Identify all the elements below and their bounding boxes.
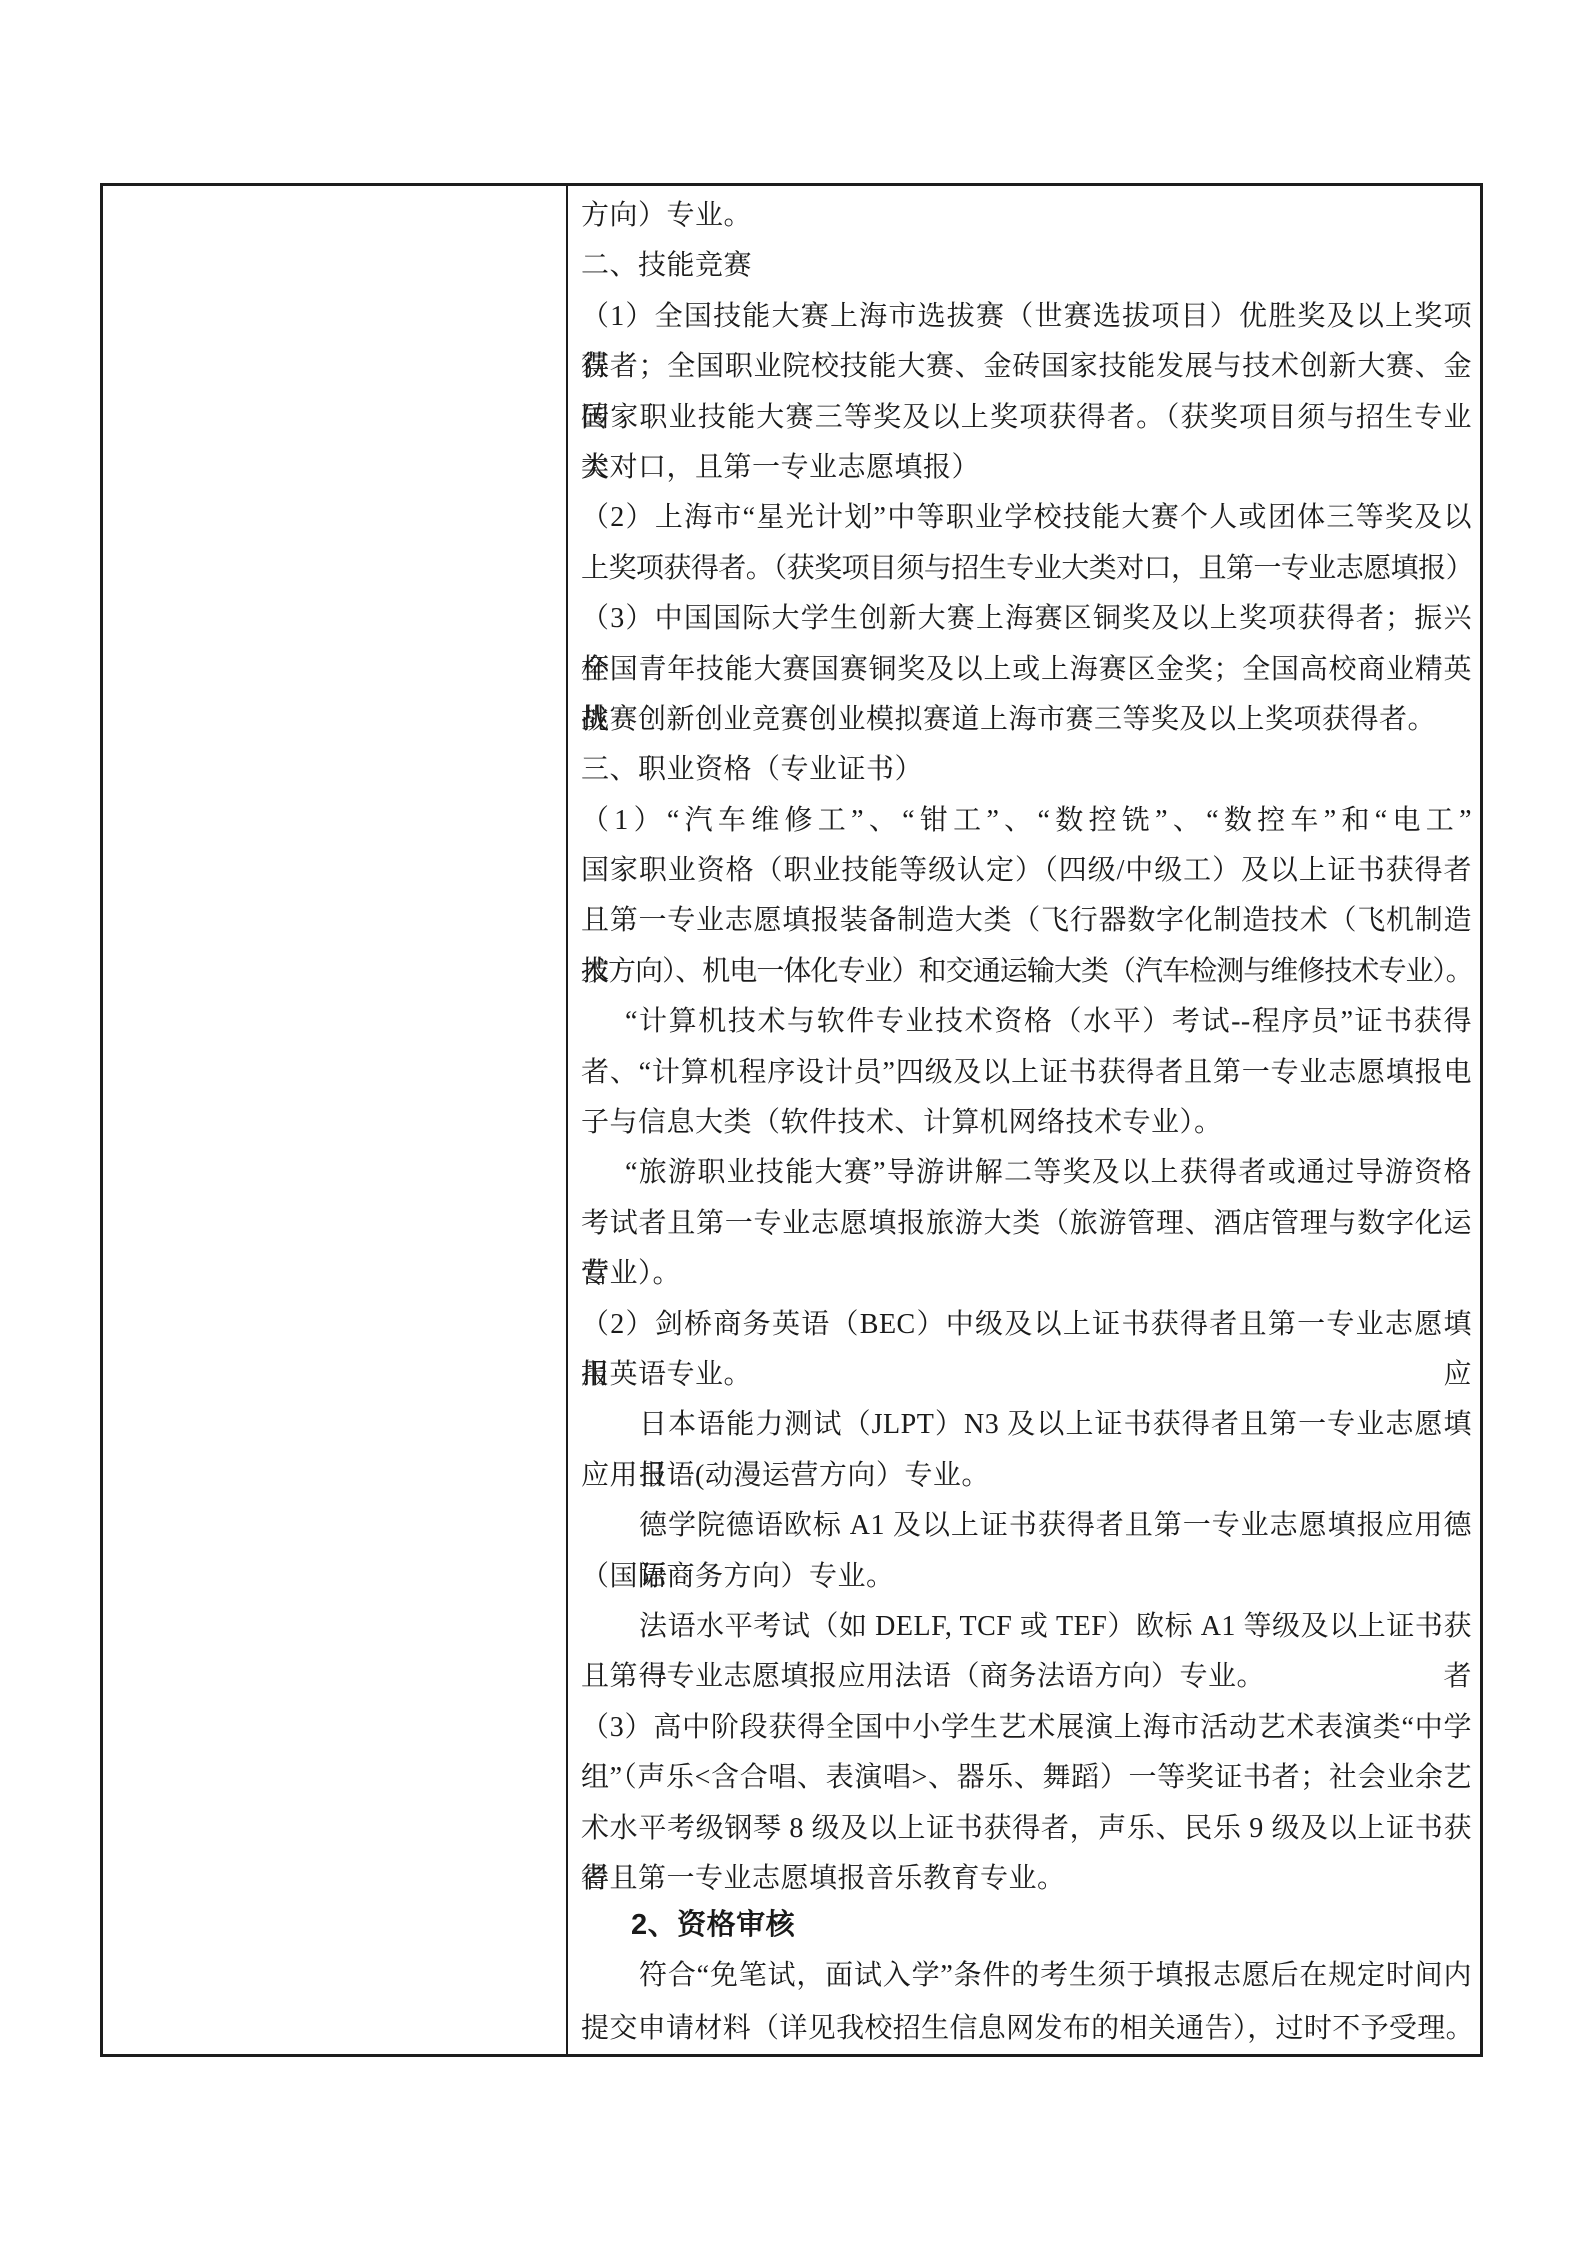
text-line: （国际商务方向）专业。 (581, 1552, 1472, 1602)
table-right-column: 方向）专业。二、技能竞赛（1）全国技能大赛上海市选拔赛（世赛选拔项目）优胜奖及以… (568, 186, 1480, 2054)
text-line: 日本语能力测试（JLPT）N3 及以上证书获得者且第一专业志愿填报 (581, 1400, 1472, 1450)
text-line: 国家职业资格（职业技能等级认定）（四级/中级工）及以上证书获得者 (581, 846, 1472, 896)
text-line: 方向）专业。 (581, 191, 1472, 241)
text-line: 得者；全国职业院校技能大赛、金砖国家技能发展与技术创新大赛、金砖 (581, 342, 1472, 392)
text-line: 三、职业资格（专业证书） (581, 745, 1472, 795)
text-line: 应用日语(动漫运营方向）专业。 (581, 1451, 1472, 1501)
document-page: 方向）专业。二、技能竞赛（1）全国技能大赛上海市选拔赛（世赛选拔项目）优胜奖及以… (0, 0, 1587, 2245)
text-line: （2）剑桥商务英语（BEC）中级及以上证书获得者且第一专业志愿填报应 (581, 1300, 1472, 1350)
text-line: （3）中国国际大学生创新大赛上海赛区铜奖及以上奖项获得者；振兴杯 (581, 594, 1472, 644)
text-line: 者且第一专业志愿填报音乐教育专业。 (581, 1854, 1472, 1904)
text-line: 组”（声乐<含合唱、表演唱>、器乐、舞蹈）一等奖证书者；社会业余艺 (581, 1753, 1472, 1803)
text-line: 2、资格审核 (581, 1904, 1472, 1947)
text-line: 上奖项获得者。（获奖项目须与招生专业大类对口，且第一专业志愿填报） (581, 544, 1472, 594)
text-line: 术方向）、机电一体化专业）和交通运输大类（汽车检测与维修技术专业）。 (581, 947, 1472, 997)
text-line: 且第一专业志愿填报装备制造大类（飞行器数字化制造技术（飞机制造技 (581, 896, 1472, 946)
text-line: 全国青年技能大赛国赛铜奖及以上或上海赛区金奖；全国高校商业精英挑 (581, 645, 1472, 695)
text-line: 术水平考级钢琴 8 级及以上证书获得者，声乐、民乐 9 级及以上证书获得 (581, 1804, 1472, 1854)
text-line: 提交申请材料（详见我校招生信息网发布的相关通告），过时不予受理。 (581, 2004, 1472, 2054)
text-line: （3）高中阶段获得全国中小学生艺术展演上海市活动艺术表演类“中学 (581, 1703, 1472, 1753)
text-line: “旅游职业技能大赛”导游讲解二等奖及以上获得者或通过导游资格 (581, 1148, 1472, 1198)
text-line: “计算机技术与软件专业技术资格（水平）考试--程序员”证书获得 (581, 997, 1472, 1047)
text-line: 二、技能竞赛 (581, 241, 1472, 291)
table-left-column (103, 186, 568, 2054)
text-line: 战赛创新创业竞赛创业模拟赛道上海市赛三等奖及以上奖项获得者。 (581, 695, 1472, 745)
text-line: （2）上海市“星光计划”中等职业学校技能大赛个人或团体三等奖及以 (581, 493, 1472, 543)
text-line: 考试者且第一专业志愿填报旅游大类（旅游管理、酒店管理与数字化运营 (581, 1199, 1472, 1249)
text-line: 类对口，且第一专业志愿填报） (581, 443, 1472, 493)
text-line: 符合“免笔试，面试入学”条件的考生须于填报志愿后在规定时间内 (581, 1947, 1472, 2004)
text-lines: 方向）专业。二、技能竞赛（1）全国技能大赛上海市选拔赛（世赛选拔项目）优胜奖及以… (581, 191, 1472, 2054)
text-line: 德学院德语欧标 A1 及以上证书获得者且第一专业志愿填报应用德语 (581, 1501, 1472, 1551)
text-line: 子与信息大类（软件技术、计算机网络技术专业）。 (581, 1098, 1472, 1148)
table: 方向）专业。二、技能竞赛（1）全国技能大赛上海市选拔赛（世赛选拔项目）优胜奖及以… (100, 183, 1483, 2057)
text-line: 国家职业技能大赛三等奖及以上奖项获得者。（获奖项目须与招生专业大 (581, 393, 1472, 443)
text-line: （1）全国技能大赛上海市选拔赛（世赛选拔项目）优胜奖及以上奖项获 (581, 292, 1472, 342)
text-line: 者、“计算机程序设计员”四级及以上证书获得者且第一专业志愿填报电 (581, 1048, 1472, 1098)
text-line: 法语水平考试（如 DELF, TCF 或 TEF）欧标 A1 等级及以上证书获得… (581, 1602, 1472, 1652)
text-line: （1）“汽车维修工”、“钳工”、“数控铣”、“数控车”和“电工” (581, 796, 1472, 846)
text-line: 专业）。 (581, 1249, 1472, 1299)
